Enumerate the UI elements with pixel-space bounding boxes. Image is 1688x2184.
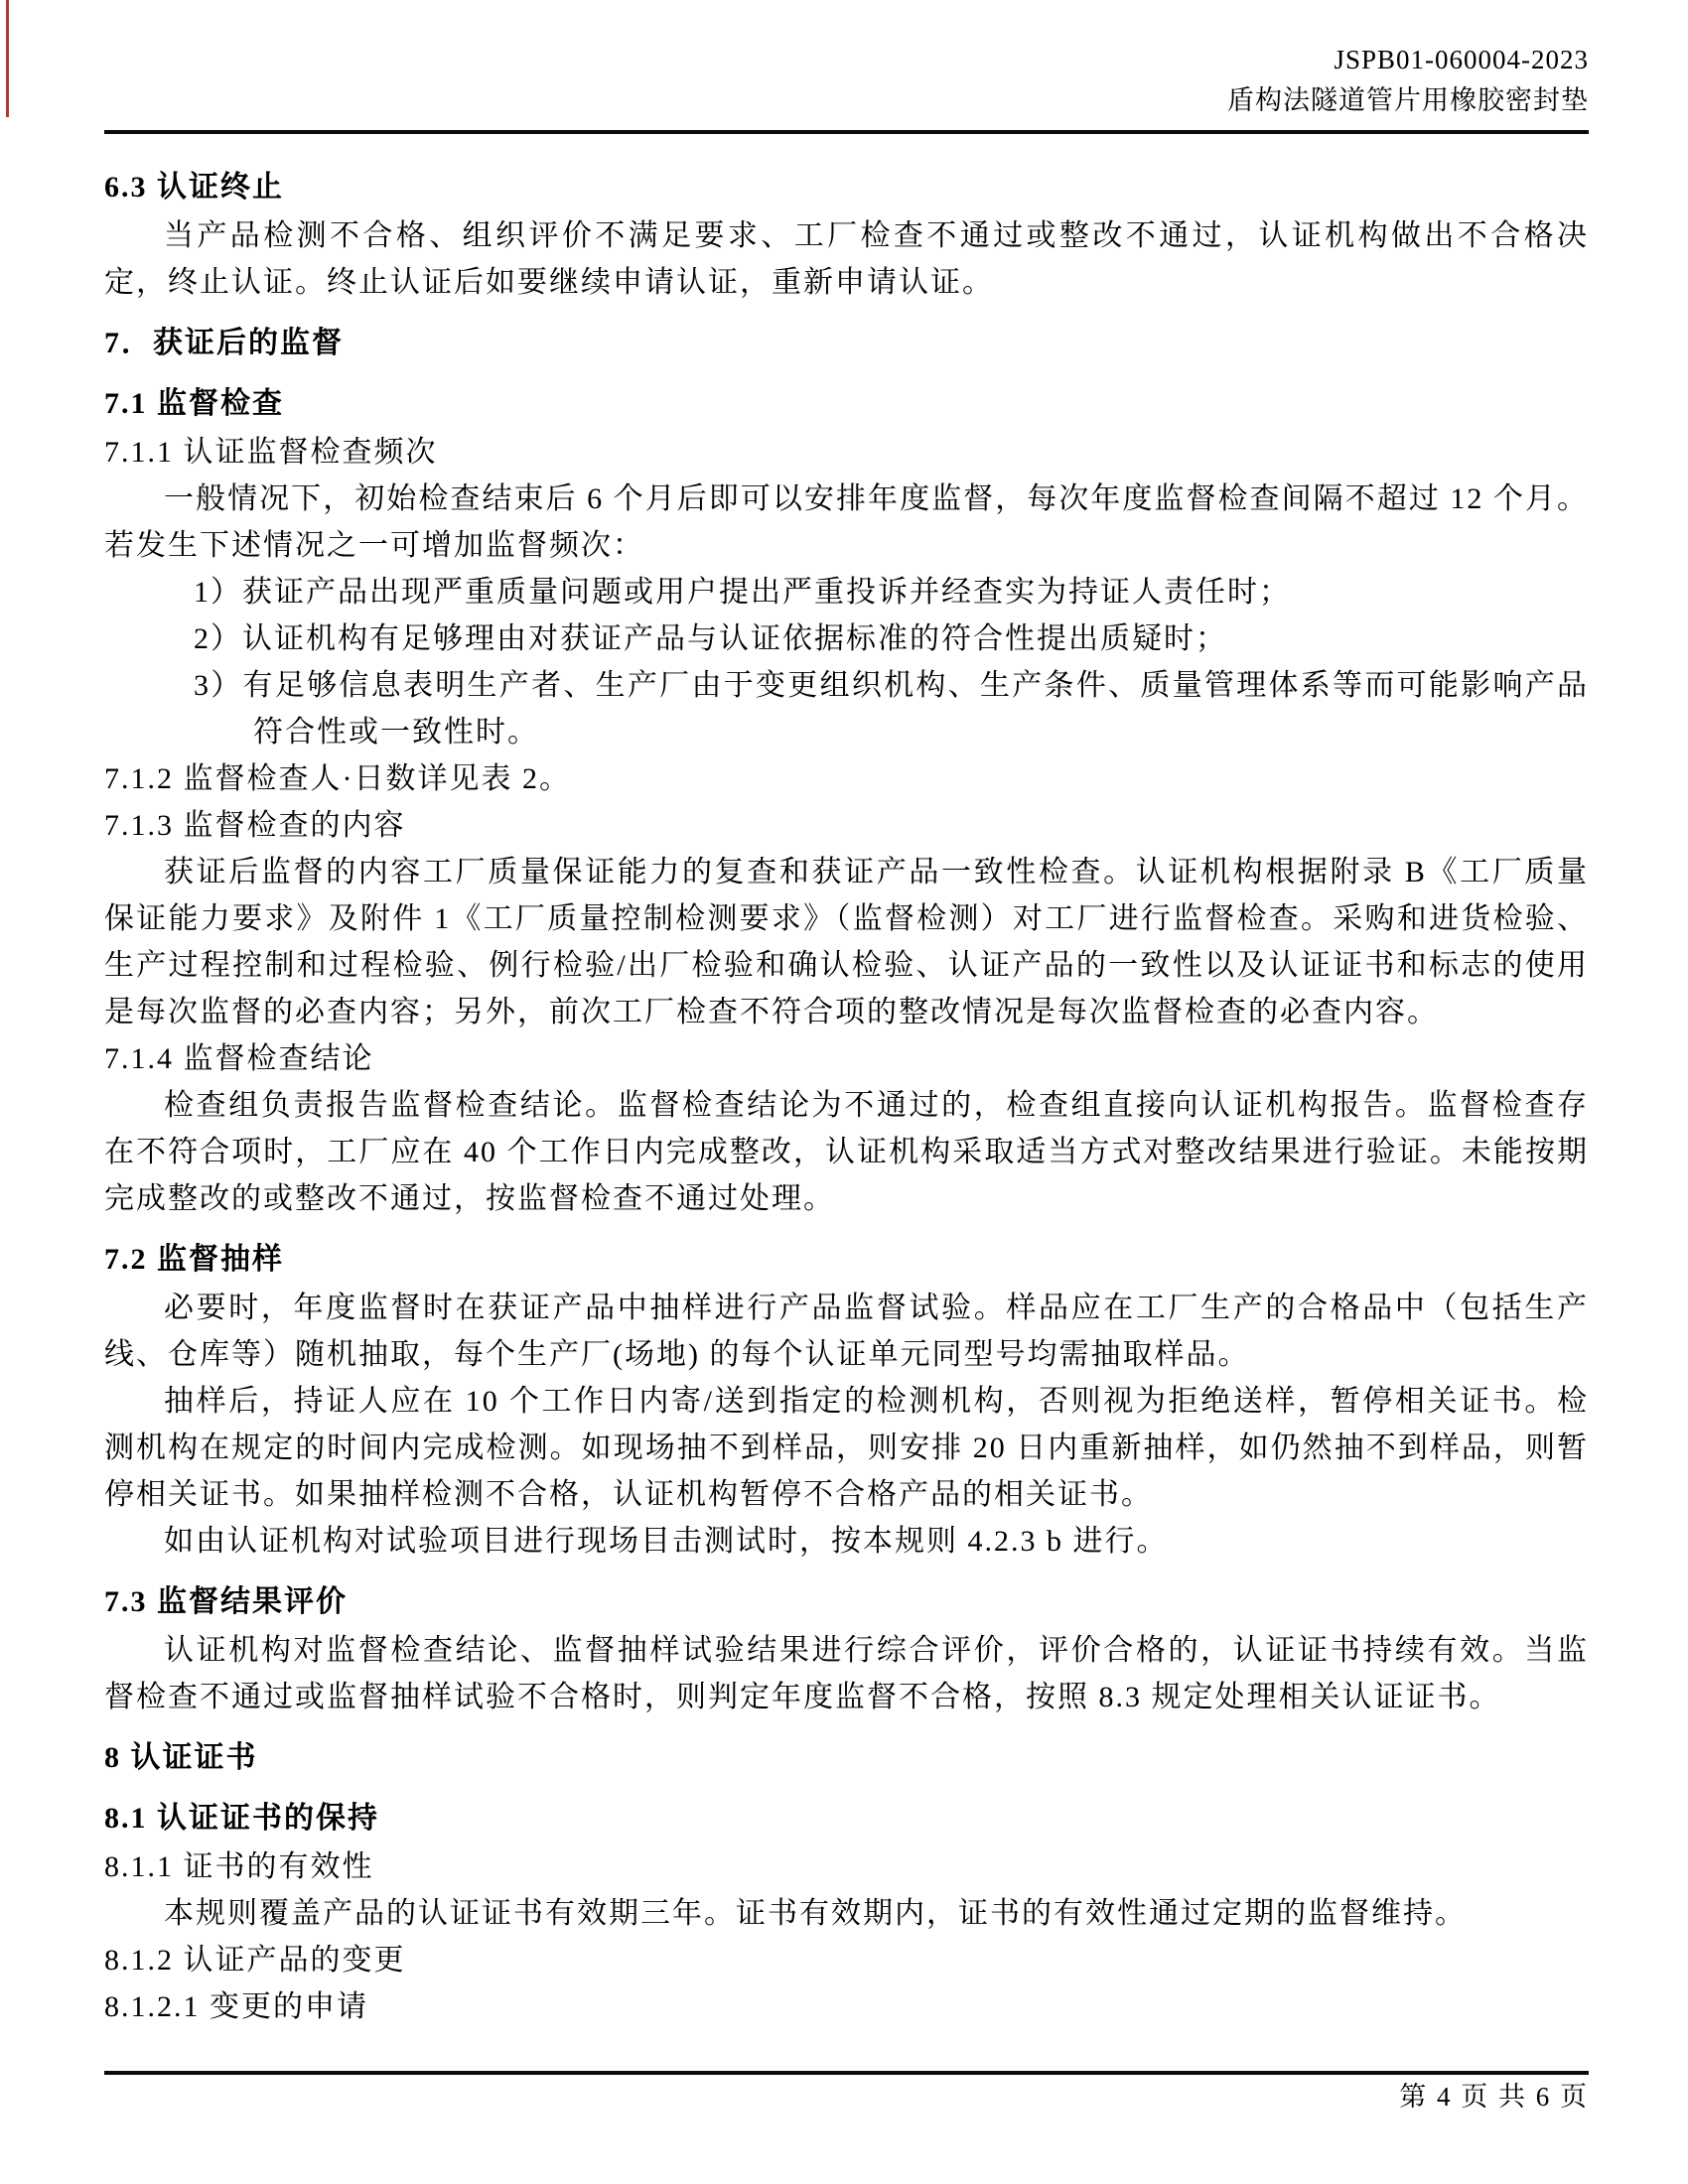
section-heading-8: 8 认证证书	[104, 1734, 1589, 1781]
para-conclusion: 检查组负责报告监督检查结论。监督检查结论为不通过的，检查组直接向认证机构报告。监…	[104, 1082, 1589, 1222]
subheading-7-1-2: 7.1.2 监督检查人·日数详见表 2。	[104, 755, 1589, 802]
section-heading-8-1: 8.1 认证证书的保持	[104, 1795, 1589, 1842]
para-sampling-2: 抽样后，持证人应在 10 个工作日内寄/送到指定的检测机构，否则视为拒绝送样，暂…	[104, 1378, 1589, 1518]
list-item-1: 1）获证产品出现严重质量问题或用户提出严重投诉并经查实为持证人责任时；	[104, 569, 1589, 615]
para-validity: 本规则覆盖产品的认证证书有效期三年。证书有效期内，证书的有效性通过定期的监督维持…	[104, 1890, 1589, 1937]
para-sampling-3: 如由认证机构对试验项目进行现场目击测试时，按本规则 4.2.3 b 进行。	[104, 1518, 1589, 1565]
para-sampling-1: 必要时，年度监督时在获证产品中抽样进行产品监督试验。样品应在工厂生产的合格品中（…	[104, 1285, 1589, 1378]
section-heading-7-2: 7.2 监督抽样	[104, 1236, 1589, 1283]
section-heading-7-1: 7.1 监督检查	[104, 380, 1589, 427]
subheading-8-1-2-1: 8.1.2.1 变更的申请	[104, 1983, 1589, 2030]
page-number: 第 4 页 共 6 页	[104, 2075, 1589, 2116]
doc-number: JSPB01-060004-2023	[104, 40, 1589, 80]
list-item-3: 3）有足够信息表明生产者、生产厂由于变更组织机构、生产条件、质量管理体系等而可能…	[104, 662, 1589, 755]
scan-binding-mark	[6, 0, 9, 117]
document-page: JSPB01-060004-2023 盾构法隧道管片用橡胶密封垫 6.3 认证终…	[0, 0, 1688, 2184]
subheading-8-1-2: 8.1.2 认证产品的变更	[104, 1937, 1589, 1983]
subheading-7-1-3: 7.1.3 监督检查的内容	[104, 802, 1589, 849]
subheading-8-1-1: 8.1.1 证书的有效性	[104, 1843, 1589, 1890]
subheading-7-1-4: 7.1.4 监督检查结论	[104, 1035, 1589, 1082]
section-heading-6-3: 6.3 认证终止	[104, 164, 1589, 210]
page-footer: 第 4 页 共 6 页	[104, 2071, 1589, 2116]
para-termination: 当产品检测不合格、组织评价不满足要求、工厂检查不通过或整改不通过，认证机构做出不…	[104, 212, 1589, 306]
document-body: 6.3 认证终止 当产品检测不合格、组织评价不满足要求、工厂检查不通过或整改不通…	[0, 134, 1688, 2030]
para-evaluation: 认证机构对监督检查结论、监督抽样试验结果进行综合评价，评价合格的，认证证书持续有…	[104, 1627, 1589, 1720]
list-item-2: 2）认证机构有足够理由对获证产品与认证依据标准的符合性提出质疑时；	[104, 615, 1589, 662]
doc-title: 盾构法隧道管片用橡胶密封垫	[104, 80, 1589, 121]
section-heading-7-3: 7.3 监督结果评价	[104, 1578, 1589, 1625]
para-frequency: 一般情况下，初始检查结束后 6 个月后即可以安排年度监督，每次年度监督检查间隔不…	[104, 476, 1589, 569]
section-heading-7: 7．获证后的监督	[104, 320, 1589, 366]
para-supervision-content: 获证后监督的内容工厂质量保证能力的复查和获证产品一致性检查。认证机构根据附录 B…	[104, 849, 1589, 1035]
subheading-7-1-1: 7.1.1 认证监督检查频次	[104, 429, 1589, 476]
page-header: JSPB01-060004-2023 盾构法隧道管片用橡胶密封垫	[0, 0, 1688, 121]
